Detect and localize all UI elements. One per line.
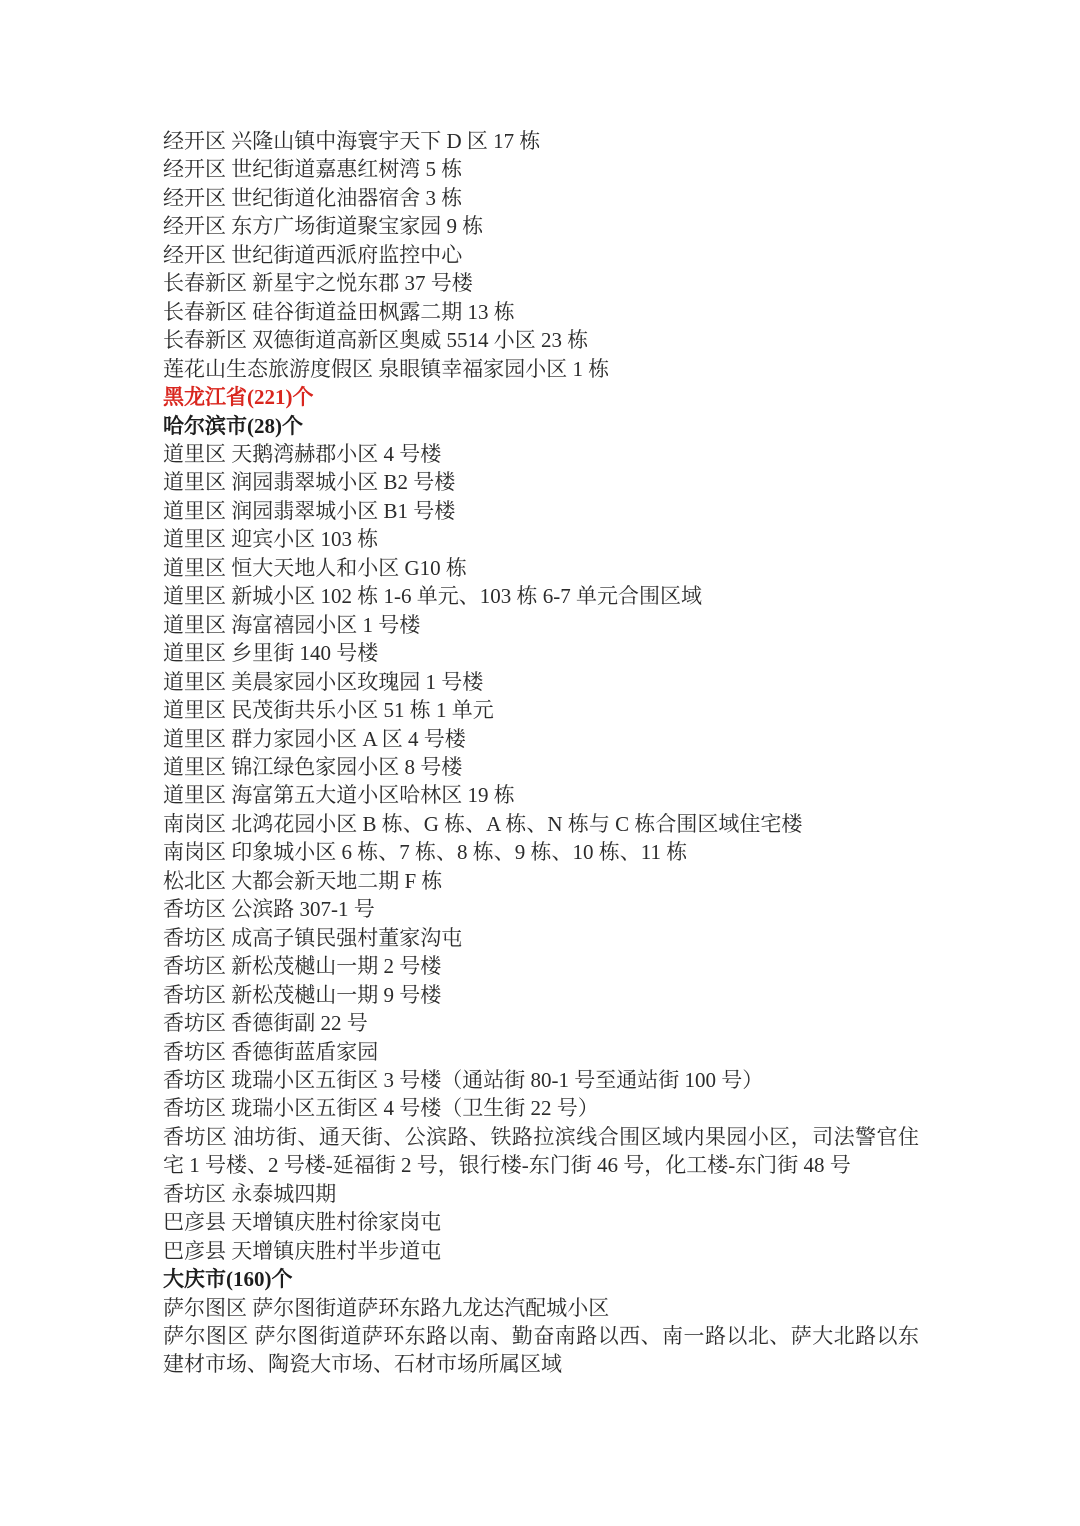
city-heading: 大庆市(160)个 bbox=[163, 1265, 919, 1293]
risk-area-entry: 香坊区 新松茂樾山一期 2 号楼 bbox=[163, 952, 919, 980]
risk-area-entry: 道里区 迎宾小区 103 栋 bbox=[163, 525, 919, 553]
risk-area-entry: 长春新区 硅谷街道益田枫露二期 13 栋 bbox=[163, 298, 919, 326]
risk-area-entry: 香坊区 新松茂樾山一期 9 号楼 bbox=[163, 981, 919, 1009]
risk-area-entry: 香坊区 成高子镇民强村董家沟屯 bbox=[163, 924, 919, 952]
risk-area-entry: 香坊区 珑瑞小区五街区 4 号楼（卫生街 22 号） bbox=[163, 1094, 919, 1122]
risk-area-entry: 香坊区 公滨路 307-1 号 bbox=[163, 895, 919, 923]
city-heading: 哈尔滨市(28)个 bbox=[163, 412, 919, 440]
risk-area-entry: 道里区 润园翡翠城小区 B2 号楼 bbox=[163, 468, 919, 496]
risk-area-entry: 香坊区 珑瑞小区五街区 3 号楼（通站街 80-1 号至通站街 100 号） bbox=[163, 1066, 919, 1094]
province-heading: 黑龙江省(221)个 bbox=[163, 383, 919, 411]
risk-area-entry: 道里区 群力家园小区 A 区 4 号楼 bbox=[163, 725, 919, 753]
risk-area-entry: 香坊区 香德街副 22 号 bbox=[163, 1009, 919, 1037]
risk-area-entry: 松北区 大都会新天地二期 F 栋 bbox=[163, 867, 919, 895]
risk-area-entry: 萨尔图区 萨尔图街道萨环东路以南、勤奋南路以西、南一路以北、萨大北路以东建材市场… bbox=[163, 1322, 919, 1379]
risk-area-entry: 香坊区 香德街蓝盾家园 bbox=[163, 1038, 919, 1066]
risk-area-entry: 经开区 世纪街道西派府监控中心 bbox=[163, 241, 919, 269]
risk-area-entry: 道里区 新城小区 102 栋 1-6 单元、103 栋 6-7 单元合围区域 bbox=[163, 582, 919, 610]
risk-area-entry: 经开区 世纪街道嘉惠红树湾 5 栋 bbox=[163, 155, 919, 183]
risk-area-entry: 巴彦县 天增镇庆胜村半步道屯 bbox=[163, 1237, 919, 1265]
risk-area-entry: 道里区 乡里街 140 号楼 bbox=[163, 639, 919, 667]
risk-area-entry: 南岗区 印象城小区 6 栋、7 栋、8 栋、9 栋、10 栋、11 栋 bbox=[163, 838, 919, 866]
risk-area-entry: 道里区 美晨家园小区玫瑰园 1 号楼 bbox=[163, 668, 919, 696]
risk-area-entry: 长春新区 双德街道高新区奥威 5514 小区 23 栋 bbox=[163, 326, 919, 354]
risk-area-entry: 萨尔图区 萨尔图街道萨环东路九龙达汽配城小区 bbox=[163, 1294, 919, 1322]
risk-area-entry: 道里区 锦江绿色家园小区 8 号楼 bbox=[163, 753, 919, 781]
risk-area-entry: 经开区 东方广场街道聚宝家园 9 栋 bbox=[163, 212, 919, 240]
risk-area-entry: 道里区 恒大天地人和小区 G10 栋 bbox=[163, 554, 919, 582]
risk-area-entry: 经开区 世纪街道化油器宿舍 3 栋 bbox=[163, 184, 919, 212]
risk-area-entry: 道里区 海富第五大道小区哈林区 19 栋 bbox=[163, 781, 919, 809]
risk-area-entry: 莲花山生态旅游度假区 泉眼镇幸福家园小区 1 栋 bbox=[163, 355, 919, 383]
risk-area-entry: 道里区 润园翡翠城小区 B1 号楼 bbox=[163, 497, 919, 525]
risk-area-list: 经开区 兴隆山镇中海寰宇天下 D 区 17 栋经开区 世纪街道嘉惠红树湾 5 栋… bbox=[163, 127, 919, 1379]
risk-area-entry: 长春新区 新星宇之悦东郡 37 号楼 bbox=[163, 269, 919, 297]
document-page: 经开区 兴隆山镇中海寰宇天下 D 区 17 栋经开区 世纪街道嘉惠红树湾 5 栋… bbox=[0, 0, 1080, 1526]
risk-area-entry: 南岗区 北鸿花园小区 B 栋、G 栋、A 栋、N 栋与 C 栋合围区域住宅楼 bbox=[163, 810, 919, 838]
risk-area-entry: 香坊区 永泰城四期 bbox=[163, 1180, 919, 1208]
risk-area-entry: 香坊区 油坊街、通天街、公滨路、铁路拉滨线合围区域内果园小区，司法警官住宅 1 … bbox=[163, 1123, 919, 1180]
risk-area-entry: 道里区 海富禧园小区 1 号楼 bbox=[163, 611, 919, 639]
risk-area-entry: 巴彦县 天增镇庆胜村徐家岗屯 bbox=[163, 1208, 919, 1236]
risk-area-entry: 经开区 兴隆山镇中海寰宇天下 D 区 17 栋 bbox=[163, 127, 919, 155]
risk-area-entry: 道里区 天鹅湾赫郡小区 4 号楼 bbox=[163, 440, 919, 468]
risk-area-entry: 道里区 民茂街共乐小区 51 栋 1 单元 bbox=[163, 696, 919, 724]
